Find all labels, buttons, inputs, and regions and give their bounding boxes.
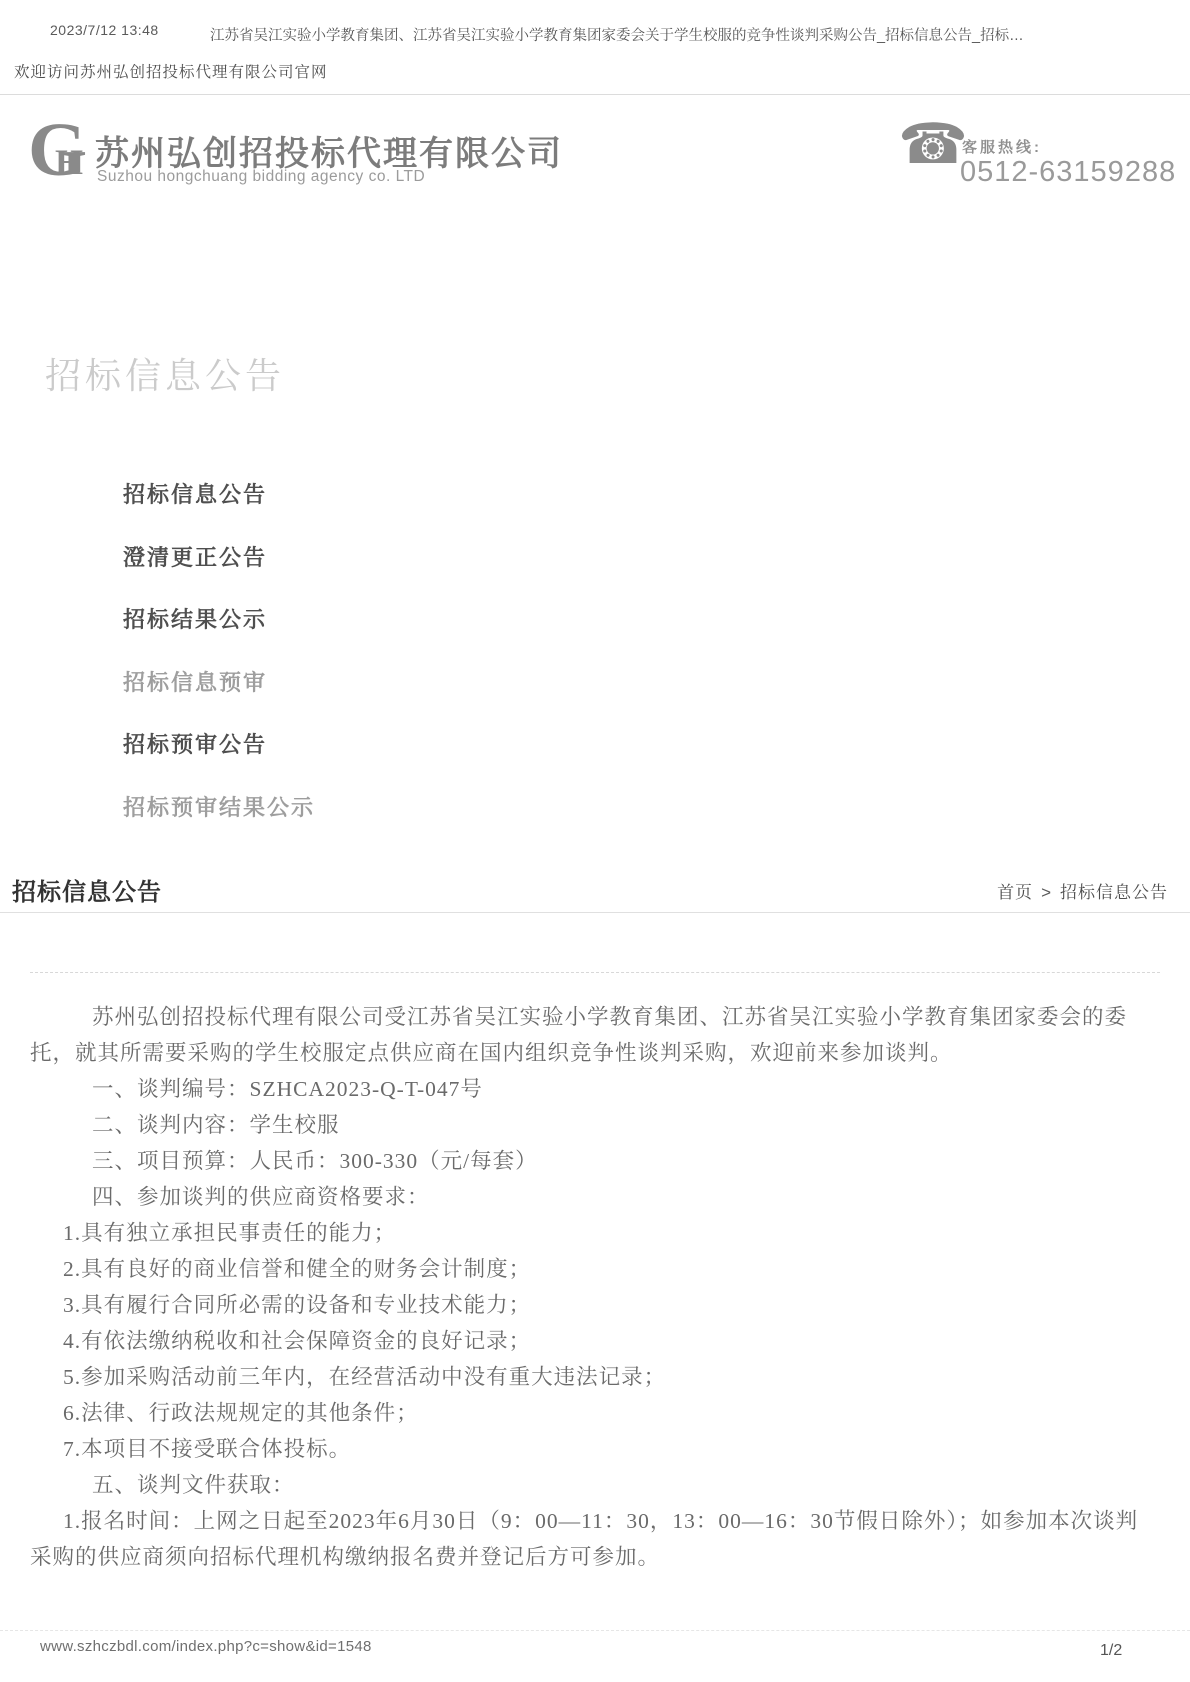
footer-divider	[0, 1630, 1190, 1631]
print-doc-title: 江苏省吴江实验小学教育集团、江苏省吴江实验小学教育集团家委会关于学生校服的竞争性…	[210, 24, 1125, 45]
print-source-url: www.szhczbdl.com/index.php?c=show&id=154…	[40, 1638, 372, 1655]
menu-item-prequalification-result[interactable]: 招标预审结果公示	[123, 791, 315, 822]
article-line: 四、参加谈判的供应商资格要求：	[30, 1179, 1160, 1215]
menu-item-bid-info-prequalification[interactable]: 招标信息预审	[123, 666, 267, 697]
announcement-body: 苏州弘创招投标代理有限公司受江苏省吴江实验小学教育集团、江苏省吴江实验小学教育集…	[30, 972, 1160, 1575]
breadcrumb-separator: >	[1041, 883, 1052, 902]
phone-icon: ☎	[898, 116, 968, 172]
banner-title: 招标信息公告	[45, 348, 285, 399]
section-title: 招标信息公告	[12, 872, 162, 907]
breadcrumb: 首页>招标信息公告	[997, 878, 1168, 903]
menu-item-prequalification-announcement[interactable]: 招标预审公告	[123, 728, 267, 759]
print-page-number: 1/2	[1100, 1642, 1122, 1660]
breadcrumb-home-link[interactable]: 首页	[997, 883, 1033, 902]
article-line: 二、谈判内容：学生校服	[30, 1107, 1160, 1143]
article-line: 7.本项目不接受联合体投标。	[30, 1431, 1160, 1467]
menu-item-bid-result[interactable]: 招标结果公示	[123, 603, 267, 634]
hotline-number: 0512-63159288	[960, 156, 1176, 189]
company-logo[interactable]: G H	[28, 122, 92, 194]
article-line: 五、谈判文件获取：	[30, 1467, 1160, 1503]
article-line: 4.有依法缴纳税收和社会保障资金的良好记录；	[30, 1323, 1160, 1359]
article-line: 1.具有独立承担民事责任的能力；	[30, 1215, 1160, 1251]
hotline-label: 客服热线:	[962, 136, 1042, 157]
article-line: 2.具有良好的商业信誉和健全的财务会计制度；	[30, 1251, 1160, 1287]
section-divider	[0, 912, 1190, 913]
breadcrumb-current: 招标信息公告	[1060, 883, 1168, 902]
logo-h-letter: H	[55, 144, 83, 180]
article-line: 一、谈判编号：SZHCA2023-Q-T-047号	[30, 1071, 1160, 1107]
printed-webpage: 2023/7/12 13:48 江苏省吴江实验小学教育集团、江苏省吴江实验小学教…	[0, 0, 1190, 1682]
article-line: 6.法律、行政法规规定的其他条件；	[30, 1395, 1160, 1431]
announcement-intro: 苏州弘创招投标代理有限公司受江苏省吴江实验小学教育集团、江苏省吴江实验小学教育集…	[30, 999, 1160, 1071]
print-timestamp: 2023/7/12 13:48	[50, 22, 159, 38]
article-line: 5.参加采购活动前三年内，在经营活动中没有重大违法记录；	[30, 1359, 1160, 1395]
header-divider	[0, 94, 1190, 95]
company-name-en: Suzhou hongchuang bidding agency co. LTD	[97, 168, 425, 186]
menu-item-clarification-correction[interactable]: 澄清更正公告	[123, 541, 267, 572]
welcome-text: 欢迎访问苏州弘创招投标代理有限公司官网	[14, 60, 328, 82]
article-line: 1.报名时间：上网之日起至2023年6月30日（9：00—11：30，13：00…	[30, 1503, 1160, 1575]
article-line: 3.具有履行合同所必需的设备和专业技术能力；	[30, 1287, 1160, 1323]
menu-item-bid-info-announcement[interactable]: 招标信息公告	[123, 478, 267, 509]
article-line: 三、项目预算：人民币：300-330（元/每套）	[30, 1143, 1160, 1179]
